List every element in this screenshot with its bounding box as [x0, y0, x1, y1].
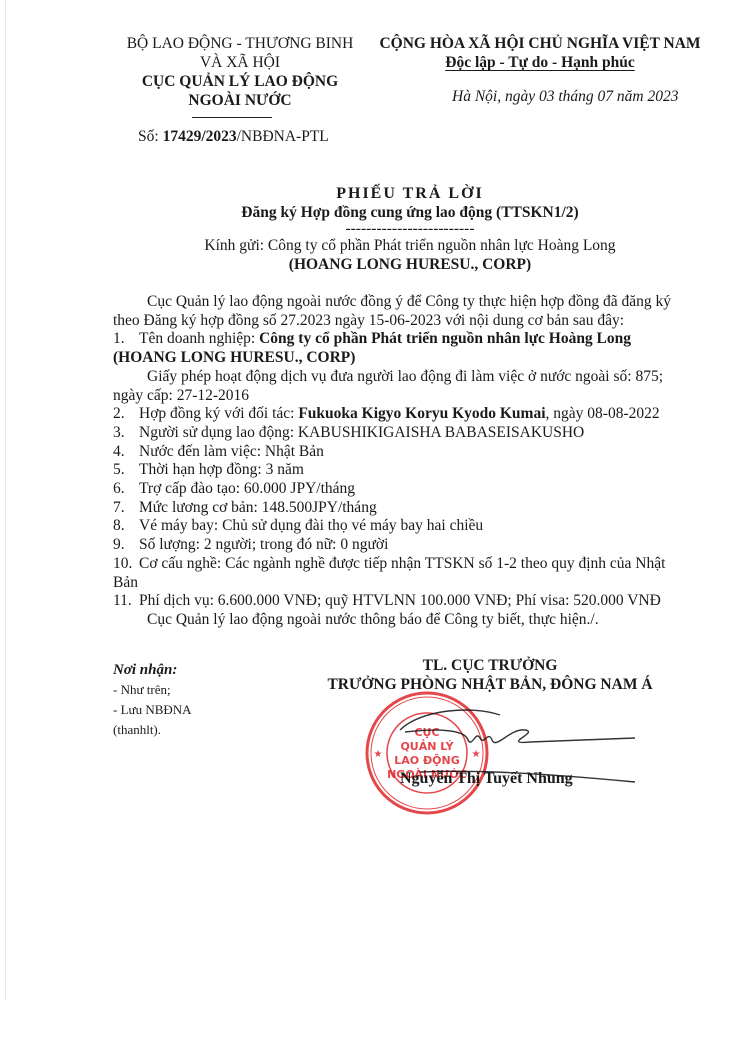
list-item-10: 10.Cơ cấu nghề: Các ngành nghề được tiếp…	[113, 555, 673, 592]
department-line-1: CỤC QUẢN LÝ LAO ĐỘNG	[100, 72, 380, 91]
item-label: Nước đến làm việc: Nhật Bản	[139, 443, 324, 462]
item-number: 3.	[113, 424, 139, 443]
recipients-block: Nơi nhận: - Như trên; - Lưu NBĐNA (thanh…	[113, 660, 192, 740]
item-number: 10.	[113, 555, 139, 574]
list-item-8: 8.Vé máy bay: Chủ sử dụng đài thọ vé máy…	[113, 517, 673, 536]
recipient-line: (thanhlt).	[113, 720, 192, 740]
item-label: Người sử dụng lao động: KABUSHIKIGAISHA …	[139, 424, 584, 443]
item-label: Số lượng: 2 người; trong đó nữ: 0 người	[139, 536, 388, 555]
signer-position: TRƯỞNG PHÒNG NHẬT BẢN, ĐÔNG NAM Á	[320, 675, 660, 694]
item-label: Tên doanh nghiệp:	[139, 330, 259, 347]
doc-number-prefix: Số:	[138, 128, 163, 145]
recipient-line: - Lưu NBĐNA	[113, 700, 192, 720]
title-separator: -------------------------	[150, 222, 670, 236]
document-title-block: PHIẾU TRẢ LỜI Đăng ký Hợp đồng cung ứng …	[150, 184, 670, 274]
list-item-3: 3.Người sử dụng lao động: KABUSHIKIGAISH…	[113, 424, 673, 443]
list-item-11: 11.Phí dịch vụ: 6.600.000 VNĐ; quỹ HTVLN…	[113, 592, 673, 611]
header-divider	[192, 117, 272, 118]
item-number: 1.	[113, 330, 139, 349]
scan-edge	[5, 0, 6, 1000]
motto: Độc lập - Tự do - Hạnh phúc	[370, 53, 710, 72]
item-number: 9.	[113, 536, 139, 555]
item-number: 2.	[113, 405, 139, 424]
item-tail: , ngày 08-08-2022	[546, 405, 660, 422]
item-label: Cơ cấu nghề: Các ngành nghề được tiếp nh…	[113, 555, 665, 591]
closing-paragraph: Cục Quản lý lao động ngoài nước thông bá…	[113, 611, 673, 630]
item-label: Thời hạn hợp đồng: 3 năm	[139, 461, 304, 480]
list-item-6: 6.Trợ cấp đào tạo: 60.000 JPY/tháng	[113, 480, 673, 499]
item-number: 8.	[113, 517, 139, 536]
country-name: CỘNG HÒA XÃ HỘI CHỦ NGHĨA VIỆT NAM	[370, 34, 710, 53]
issuing-authority: BỘ LAO ĐỘNG - THƯƠNG BINH VÀ XÃ HỘI CỤC …	[100, 34, 380, 110]
item-number: 6.	[113, 480, 139, 499]
ministry-line-2: VÀ XÃ HỘI	[100, 53, 380, 72]
document-body: Cục Quản lý lao động ngoài nước đồng ý đ…	[113, 293, 673, 630]
list-item-7: 7.Mức lương cơ bản: 148.500JPY/tháng	[113, 499, 673, 518]
item-number: 11.	[113, 592, 139, 611]
intro-paragraph: Cục Quản lý lao động ngoài nước đồng ý đ…	[113, 293, 673, 330]
doc-number-value: 17429/2023	[163, 128, 237, 145]
department-line-2: NGOÀI NƯỚC	[100, 91, 380, 110]
list-item-5: 5.Thời hạn hợp đồng: 3 năm	[113, 461, 673, 480]
signature-block: TL. CỤC TRƯỞNG TRƯỞNG PHÒNG NHẬT BẢN, ĐÔ…	[320, 656, 660, 694]
national-header: CỘNG HÒA XÃ HỘI CHỦ NGHĨA VIỆT NAM Độc l…	[370, 34, 710, 72]
license-info: Giấy phép hoạt động dịch vụ đưa người la…	[113, 368, 673, 405]
list-item-9: 9.Số lượng: 2 người; trong đó nữ: 0 ngườ…	[113, 536, 673, 555]
list-item-2: 2. Hợp đồng ký với đối tác: Fukuoka Kigy…	[113, 405, 673, 424]
item-number: 5.	[113, 461, 139, 480]
recipient-line: - Như trên;	[113, 680, 192, 700]
item-value: Fukuoka Kigyo Koryu Kyodo Kumai	[298, 405, 545, 422]
signer-name: Nguyễn Thị Tuyết Nhung	[400, 770, 573, 788]
item-label: Trợ cấp đào tạo: 60.000 JPY/tháng	[139, 480, 355, 499]
ministry-line-1: BỘ LAO ĐỘNG - THƯƠNG BINH	[100, 34, 380, 53]
list-item-4: 4.Nước đến làm việc: Nhật Bản	[113, 443, 673, 462]
item-number: 7.	[113, 499, 139, 518]
item-label: Phí dịch vụ: 6.600.000 VNĐ; quỹ HTVLNN 1…	[139, 592, 661, 611]
item-label: Vé máy bay: Chủ sử dụng đài thọ vé máy b…	[139, 517, 483, 536]
motto-text: Độc lập - Tự do - Hạnh phúc	[445, 54, 634, 71]
doc-number-suffix: /NBĐNA-PTL	[237, 128, 329, 145]
addressee-en: (HOANG LONG HURESU., CORP)	[150, 255, 670, 274]
place-date: Hà Nội, ngày 03 tháng 07 năm 2023	[452, 88, 678, 106]
list-item-1: 1.Tên doanh nghiệp: Công ty cổ phần Phát…	[113, 330, 673, 367]
document-title: PHIẾU TRẢ LỜI	[150, 184, 670, 203]
document-number: Số: 17429/2023/NBĐNA-PTL	[138, 128, 329, 146]
on-behalf-title: TL. CỤC TRƯỞNG	[320, 656, 660, 675]
item-number: 4.	[113, 443, 139, 462]
item-label: Hợp đồng ký với đối tác:	[139, 405, 298, 422]
item-label: Mức lương cơ bản: 148.500JPY/tháng	[139, 499, 377, 518]
recipients-heading: Nơi nhận:	[113, 660, 192, 680]
addressee: Kính gửi: Công ty cổ phần Phát triển ngu…	[150, 236, 670, 255]
